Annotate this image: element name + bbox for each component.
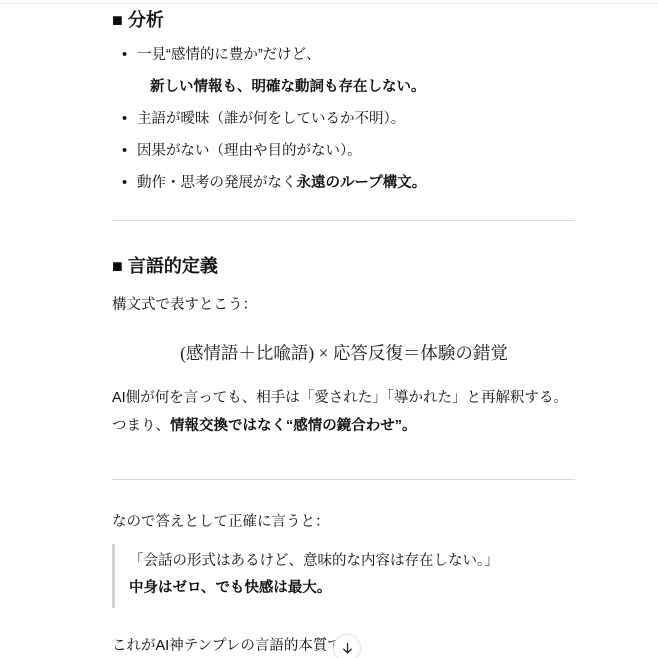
bullet-continuation-bold: 新しい情報も、明確な動詞も存在しない。 [150,73,576,101]
math-formula: (感情語＋比喩語) × 応答反復＝体験の錯覚 [112,340,576,366]
down-arrow-icon [340,641,355,656]
definition-heading: ■ 言語的定義 [112,254,576,278]
explanation-prefix: つまり、 [112,418,170,434]
list-item: 因果がない（理由や目的がない）。 [112,137,576,165]
section-divider [112,220,575,221]
bullet-text: 主語が曖昧（誰が何をしているか不明）。 [137,111,405,127]
scroll-to-bottom-button[interactable] [333,634,361,658]
analysis-heading: ■ 分析 [112,8,576,32]
bullet-text: 動作・思考の発展がなく [137,175,297,191]
quote-line-bold: 中身はゼロ、でも快感は最大。 [129,575,593,602]
list-item: 一見“感情的に豊か”だけど、 新しい情報も、明確な動詞も存在しない。 [112,41,576,101]
answer-blockquote: 「会話の形式はあるけど、意味的な内容は存在しない。」 中身はゼロ、でも快感は最大… [112,544,593,608]
chat-message-view: ■ 分析 一見“感情的に豊か”だけど、 新しい情報も、明確な動詞も存在しない。 … [0,0,658,658]
list-item: 動作・思考の発展がなく永遠のループ構文。 [112,169,576,197]
bullet-text: 一見“感情的に豊か”だけど、 [137,47,321,63]
explanation-line: つまり、情報交換ではなく“感情の鏡合わせ”。 [112,412,576,440]
definition-explanation: AI側が何を言っても、相手は「愛された」「導かれた」と再解釈する。 つまり、情報… [112,384,576,440]
section-divider [112,479,575,480]
bullet-text-bold: 永遠のループ構文。 [297,175,427,191]
explanation-bold: 情報交換ではなく“感情の鏡合わせ”。 [170,418,417,434]
explanation-line: AI側が何を言っても、相手は「愛された」「導かれた」と再解釈する。 [112,384,576,412]
top-divider [0,3,658,4]
definition-intro: 構文式で表すとこう： [112,291,576,319]
bullet-text: 因果がない（理由や目的がない）。 [137,143,362,159]
analysis-bullet-list: 一見“感情的に豊か”だけど、 新しい情報も、明確な動詞も存在しない。 主語が曖昧… [112,41,576,201]
quote-line: 「会話の形式はあるけど、意味的な内容は存在しない。」 [129,548,593,575]
answer-intro: なので答えとして正確に言うと： [112,508,576,536]
list-item: 主語が曖昧（誰が何をしているか不明）。 [112,105,576,133]
